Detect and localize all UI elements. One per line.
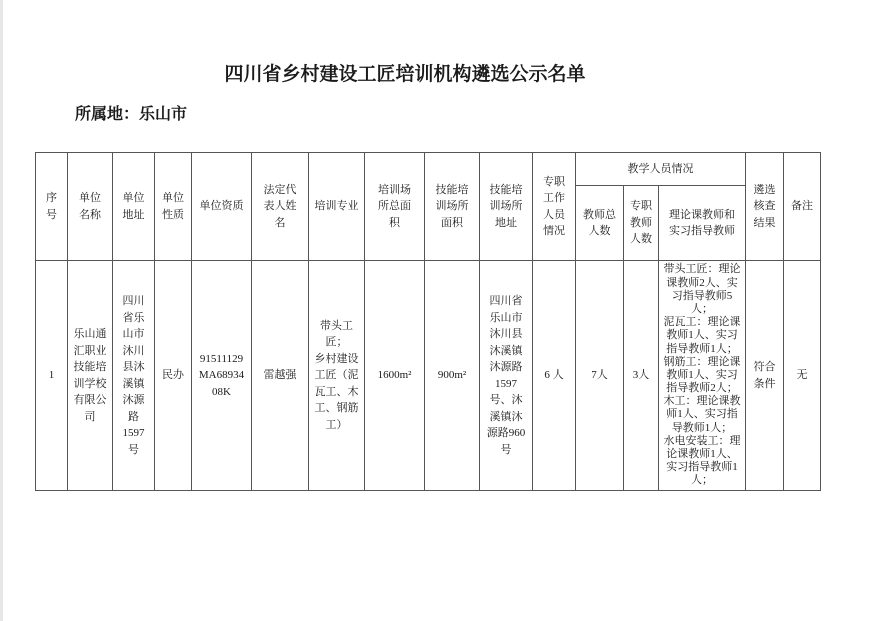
cell-total-teachers: 7人 — [576, 261, 624, 491]
cell-fulltime-staff: 6 人 — [533, 261, 576, 491]
header-unit-address: 单位 地址 — [113, 153, 155, 261]
header-unit-nature: 单位 性质 — [155, 153, 192, 261]
header-fulltime-teachers: 专职 教师 人数 — [624, 186, 659, 261]
table-row: 1 乐山通汇职业技能培训学校有限公司 四川省乐山市沐川县沐溪镇沐源路1597号 … — [36, 261, 821, 491]
cell-unit-nature: 民办 — [155, 261, 192, 491]
document-page: 四川省乡村建设工匠培训机构遴选公示名单 所属地：乐山市 序 号 单位 名称 单位… — [0, 0, 881, 621]
region-label: 所属地：乐山市 — [75, 101, 187, 124]
header-unit-name: 单位 名称 — [68, 153, 113, 261]
cell-serial-number: 1 — [36, 261, 68, 491]
header-total-teachers: 教师总 人数 — [576, 186, 624, 261]
cell-legal-representative: 雷越强 — [252, 261, 309, 491]
cell-unit-qualification: 91511129MA6893408K — [192, 261, 252, 491]
cell-unit-name: 乐山通汇职业技能培训学校有限公司 — [68, 261, 113, 491]
header-total-training-area: 培训场 所总面 积 — [365, 153, 425, 261]
header-skill-training-address: 技能培 训场所 地址 — [480, 153, 533, 261]
page-edge-strip — [0, 0, 3, 621]
cell-skill-training-area: 900m² — [425, 261, 480, 491]
header-group-row: 序 号 单位 名称 单位 地址 单位 性质 单位资质 法定代 表人姓 名 培训专… — [36, 153, 821, 186]
header-unit-qualification: 单位资质 — [192, 153, 252, 261]
cell-selection-result: 符合条件 — [746, 261, 784, 491]
cell-remarks: 无 — [784, 261, 821, 491]
header-remarks: 备注 — [784, 153, 821, 261]
cell-skill-training-address: 四川省乐山市沐川县沐溪镇沐源路1597号、沐溪镇沐源路960号 — [480, 261, 533, 491]
cell-theory-practice-teachers: 带头工匠：理论课教师2人、实习指导教师5人； 泥瓦工：理论课教师1人、实习指导教… — [659, 261, 746, 491]
header-teaching-staff-group: 教学人员情况 — [576, 153, 746, 186]
header-serial-number: 序 号 — [36, 153, 68, 261]
cell-unit-address: 四川省乐山市沐川县沐溪镇沐源路1597号 — [113, 261, 155, 491]
cell-fulltime-teachers: 3人 — [624, 261, 659, 491]
header-selection-result: 遴选 核查 结果 — [746, 153, 784, 261]
header-training-major: 培训专业 — [309, 153, 365, 261]
notice-table: 序 号 单位 名称 单位 地址 单位 性质 单位资质 法定代 表人姓 名 培训专… — [35, 152, 821, 491]
header-legal-representative: 法定代 表人姓 名 — [252, 153, 309, 261]
page-title: 四川省乡村建设工匠培训机构遴选公示名单 — [35, 59, 775, 86]
cell-training-major: 带头工匠； 乡村建设工匠（泥瓦工、木工、钢筋工） — [309, 261, 365, 491]
header-theory-practice-teachers: 理论课教师和 实习指导教师 — [659, 186, 746, 261]
header-fulltime-staff: 专职 工作 人员 情况 — [533, 153, 576, 261]
header-skill-training-area: 技能培 训场所 面积 — [425, 153, 480, 261]
cell-total-training-area: 1600m² — [365, 261, 425, 491]
